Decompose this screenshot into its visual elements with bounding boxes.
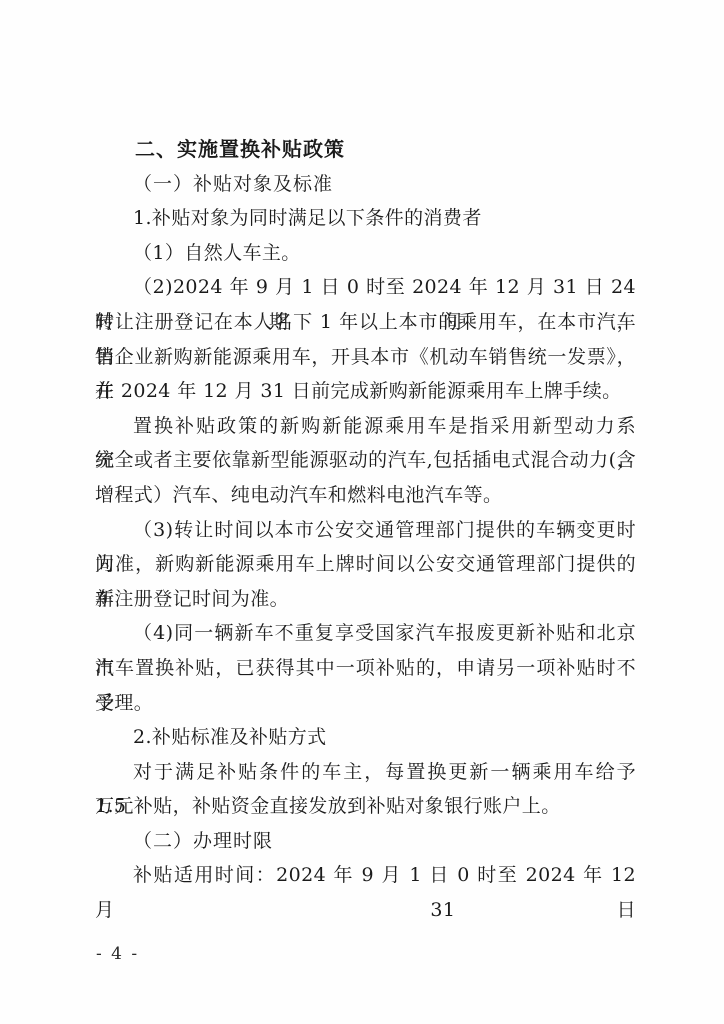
subsection-heading: （二）办理时限 (95, 824, 636, 859)
page-number: - 4 - (96, 944, 139, 964)
doc-line: 受理。 (95, 686, 636, 721)
doc-line: （3)转让时间以本市公安交通管理部门提供的车辆变更时间 (95, 513, 636, 548)
doc-line: 万元补贴，补贴资金直接发放到补贴对象银行账户上。 (95, 789, 636, 824)
doc-line: 车注册登记时间为准。 (95, 582, 636, 617)
doc-line: 2.补贴标准及补贴方式 (95, 720, 636, 755)
doc-line: 置换补贴政策的新购新能源乘用车是指采用新型动力系统， (95, 409, 636, 444)
doc-line: 完全或者主要依靠新型能源驱动的汽车,包括插电式混合动力(含 (95, 443, 636, 478)
subsection-heading: （一）补贴对象及标准 (95, 167, 636, 202)
doc-line: 汽车置换补贴，已获得其中一项补贴的，申请另一项补贴时不予 (95, 651, 636, 686)
doc-line: 补贴适用时间：2024 年 9 月 1 日 0 时至 2024 年 12 月 3… (95, 858, 636, 893)
doc-line: 在 2024 年 12 月 31 日前完成新购新能源乘用车上牌手续。 (95, 374, 636, 409)
doc-line: （4)同一辆新车不重复享受国家汽车报废更新补贴和北京市 (95, 616, 636, 651)
doc-line: 售企业新购新能源乘用车，开具本市《机动车销售统一发票》，并 (95, 340, 636, 375)
doc-line: 转让注册登记在本人名下 1 年以上本市的乘用车，在本市汽车销 (95, 305, 636, 340)
doc-line: 为准，新购新能源乘用车上牌时间以公安交通管理部门提供的新 (95, 547, 636, 582)
doc-line: （2)2024 年 9 月 1 日 0 时至 2024 年 12 月 31 日 … (95, 270, 636, 305)
doc-line: 对于满足补贴条件的车主，每置换更新一辆乘用车给予 1.5 (95, 755, 636, 790)
document-body: 二、实施置换补贴政策 （一）补贴对象及标准 1.补贴对象为同时满足以下条件的消费… (95, 132, 636, 893)
section-heading: 二、实施置换补贴政策 (95, 132, 636, 167)
doc-line: 1.补贴对象为同时满足以下条件的消费者 (95, 201, 636, 236)
doc-line: 增程式）汽车、纯电动汽车和燃料电池汽车等。 (95, 478, 636, 513)
document-page: 二、实施置换补贴政策 （一）补贴对象及标准 1.补贴对象为同时满足以下条件的消费… (0, 0, 724, 1024)
doc-line: （1）自然人车主。 (95, 236, 636, 271)
